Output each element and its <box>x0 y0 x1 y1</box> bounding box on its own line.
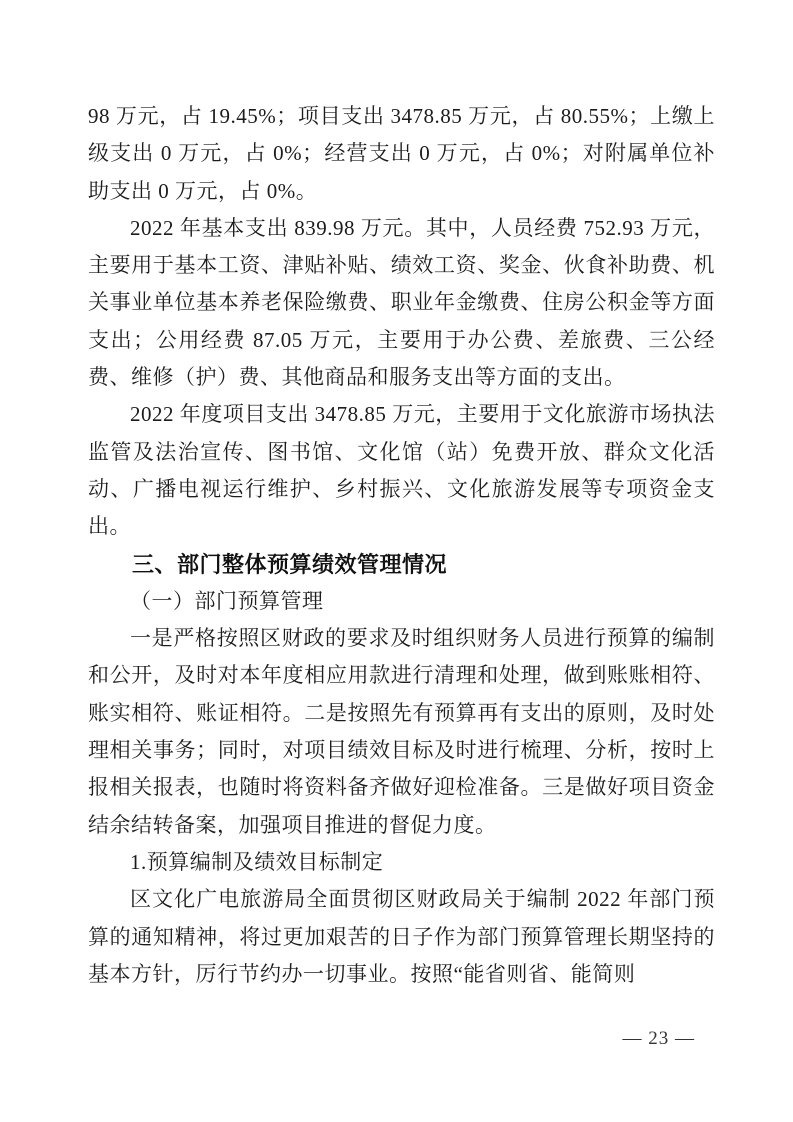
section-heading-performance-management: 三、部门整体预算绩效管理情况 <box>88 546 715 583</box>
document-body: 98 万元，占 19.45%；项目支出 3478.85 万元，占 80.55%；… <box>88 98 715 993</box>
paragraph-basic-expenditure-2022: 2022 年基本支出 839.98 万元。其中，人员经费 752.93 万元，主… <box>88 210 715 396</box>
page-number: — 23 — <box>623 1028 696 1050</box>
paragraph-project-expenditure-2022: 2022 年度项目支出 3478.85 万元，主要用于文化旅游市场执法监管及法治… <box>88 396 715 545</box>
subsubsection-heading-budget-preparation: 1.预算编制及绩效目标制定 <box>88 844 715 881</box>
subsection-heading-budget-management: （一）部门预算管理 <box>88 583 715 620</box>
paragraph-budget-preparation-detail: 区文化广电旅游局全面贯彻区财政局关于编制 2022 年部门预算的通知精神，将过更… <box>88 881 715 993</box>
paragraph-budget-management-measures: 一是严格按照区财政的要求及时组织财务人员进行预算的编制和公开，及时对本年度相应用… <box>88 620 715 844</box>
paragraph-expenditure-breakdown-continued: 98 万元，占 19.45%；项目支出 3478.85 万元，占 80.55%；… <box>88 98 715 210</box>
document-page: 98 万元，占 19.45%；项目支出 3478.85 万元，占 80.55%；… <box>0 0 793 1122</box>
